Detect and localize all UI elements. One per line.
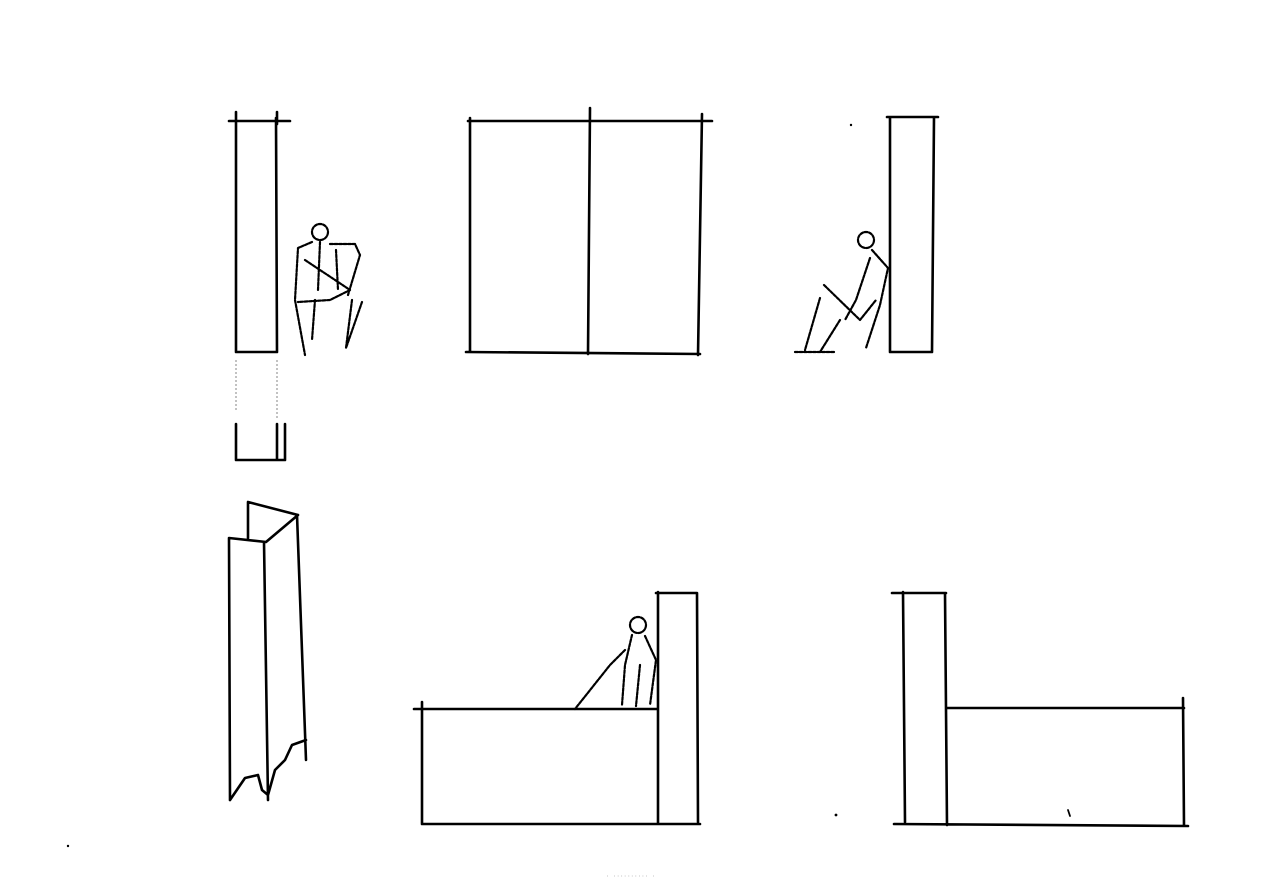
elevation-narrow-with-seated-figure bbox=[229, 112, 362, 355]
section-channel bbox=[236, 360, 285, 460]
perched-figure bbox=[575, 617, 656, 709]
elevation-with-reclining-figure bbox=[795, 117, 938, 352]
bench-and-wall-with-figure bbox=[414, 592, 700, 824]
wall-and-bench bbox=[892, 592, 1188, 826]
sketch-caption: · ·········· · bbox=[0, 872, 1262, 881]
perspective-folded-panel bbox=[229, 502, 306, 800]
reclining-figure bbox=[795, 232, 888, 352]
architectural-sketch-sheet bbox=[0, 0, 1262, 886]
seated-figure bbox=[295, 224, 362, 355]
elevation-double-panel bbox=[466, 108, 712, 355]
